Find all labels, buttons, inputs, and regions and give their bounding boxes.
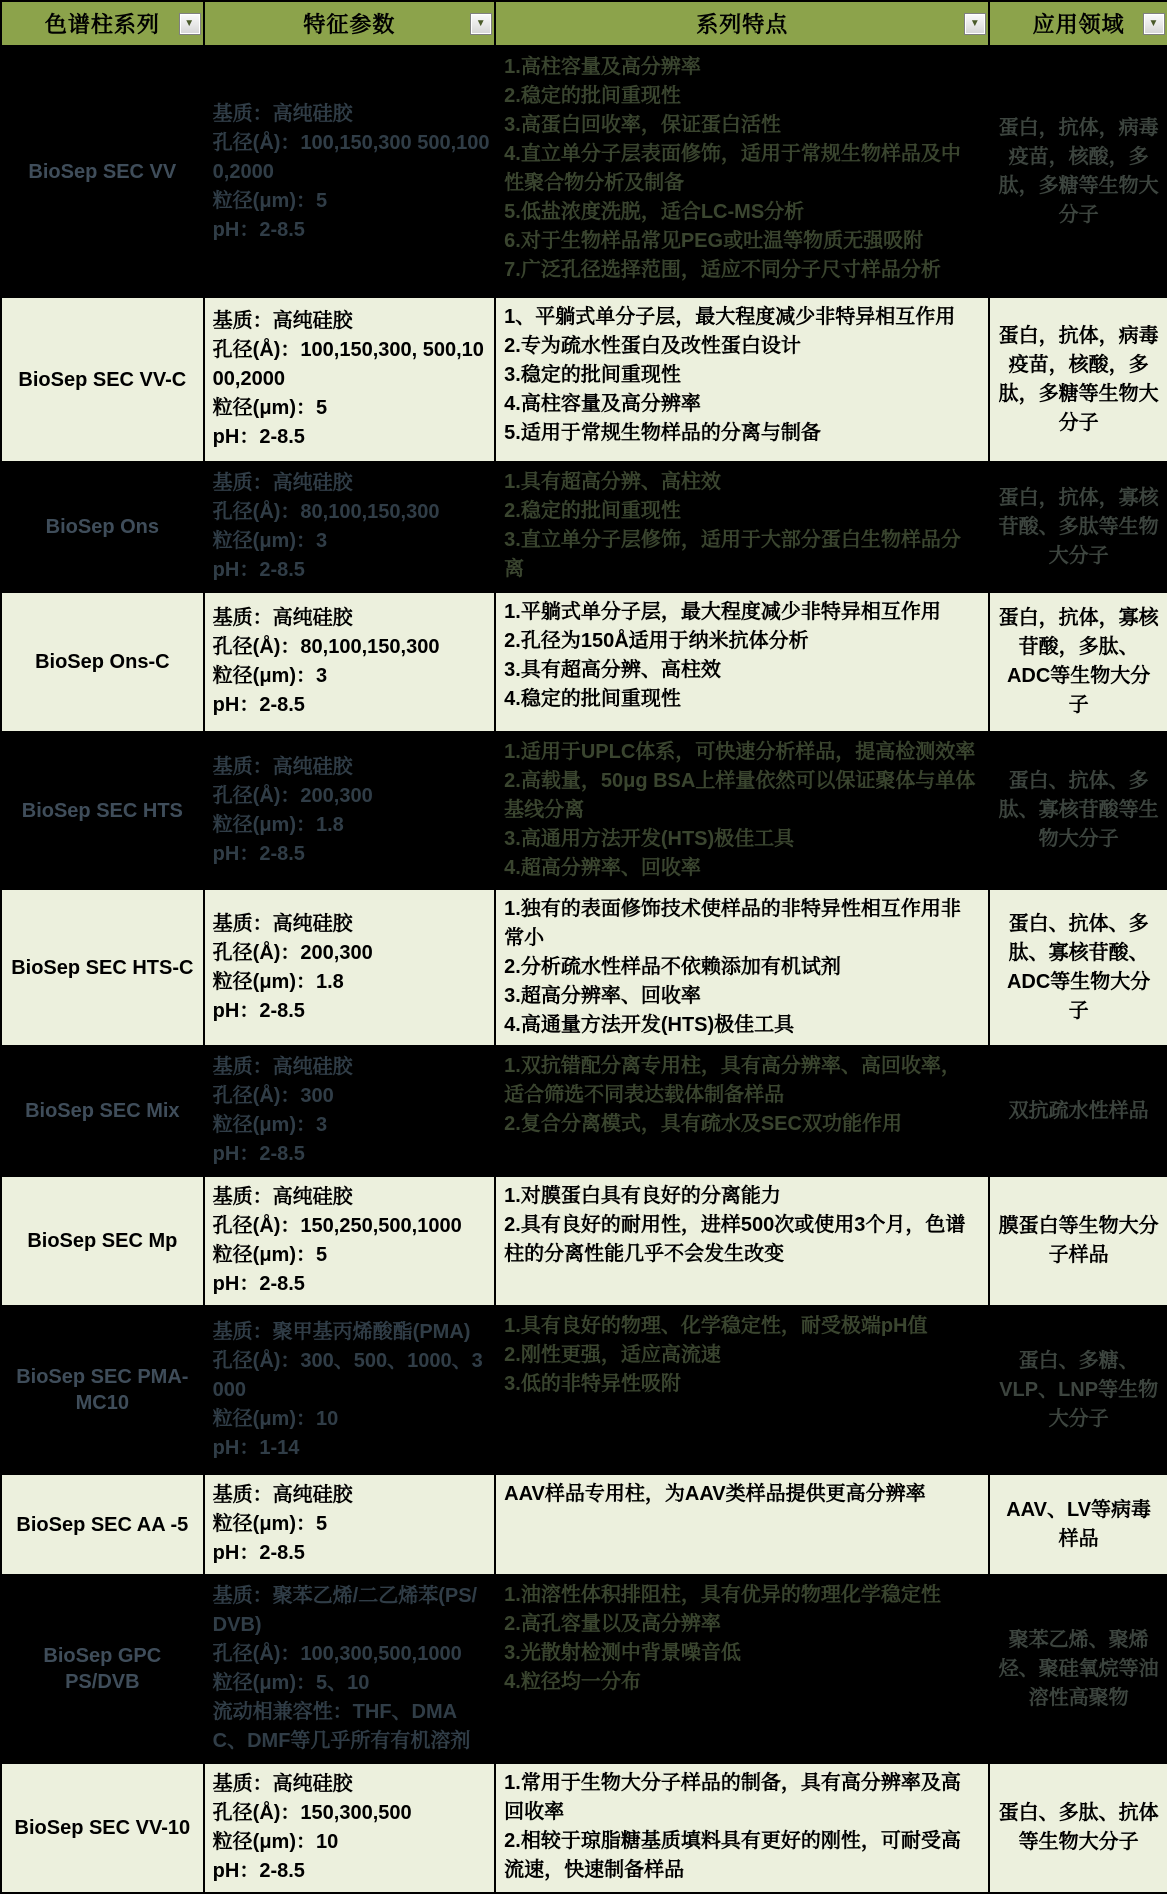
- features-cell[interactable]: 1.平躺式单分子层，最大程度减少非特异相互作用2.孔径为150Å适用于纳米抗体分…: [496, 593, 990, 731]
- applications-cell[interactable]: 蛋白、多肽、抗体等生物大分子: [990, 1764, 1167, 1892]
- applications-cell[interactable]: 聚苯乙烯、聚烯烃、聚硅氧烷等油溶性高聚物: [990, 1576, 1167, 1762]
- feature-line: 1.油溶性体积排阻柱，具有优异的物理化学稳定性: [504, 1581, 980, 1610]
- feature-line: 2.复合分离模式，具有疏水及SEC双功能作用: [504, 1110, 980, 1139]
- features-cell[interactable]: 1.高柱容量及高分辨率2.稳定的批间重现性3.高蛋白回收率，保证蛋白活性4.直立…: [496, 48, 990, 296]
- features-cell[interactable]: 1.对膜蛋白具有良好的分离能力2.具有良好的耐用性，进样500次或使用3个月，色…: [496, 1177, 990, 1305]
- feature-line: 2.孔径为150Å适用于纳米抗体分析: [504, 627, 980, 656]
- parameters-cell[interactable]: 基质：高纯硅胶孔径(Å)：300粒径(μm)：3pH：2-8.5: [205, 1047, 497, 1175]
- feature-line: 3.高蛋白回收率，保证蛋白活性: [504, 111, 980, 140]
- series-name: BioSep GPC PS/DVB: [8, 1643, 197, 1695]
- feature-line: 3.直立单分子层修饰，适用于大部分蛋白生物样品分离: [504, 526, 980, 584]
- feature-line: 3.低的非特异性吸附: [504, 1370, 980, 1399]
- feature-line: 4.直立单分子层表面修饰，适用于常规生物样品及中性聚合物分析及制备: [504, 140, 980, 198]
- parameter-line: 孔径(Å)：80,100,150,300: [213, 633, 491, 662]
- series-name: BioSep SEC VV-10: [15, 1815, 191, 1841]
- parameter-line: 基质：高纯硅胶: [213, 1183, 491, 1212]
- series-name: BioSep Ons: [46, 514, 159, 540]
- feature-line: 5.低盐浓度洗脱，适合LC-MS分析: [504, 198, 980, 227]
- feature-line: 6.对于生物样品常见PEG或吐温等物质无强吸附: [504, 227, 980, 256]
- feature-line: 3.稳定的批间重现性: [504, 361, 980, 390]
- feature-line: 1.高柱容量及高分辨率: [504, 53, 980, 82]
- parameters-cell[interactable]: 基质：高纯硅胶孔径(Å)：100,150,300, 500,1000,2000粒…: [205, 298, 497, 461]
- parameter-line: 粒径(μm)：5: [213, 394, 491, 423]
- parameter-line: pH：2-8.5: [213, 1140, 491, 1169]
- feature-line: 1、平躺式单分子层，最大程度减少非特异相互作用: [504, 303, 980, 332]
- parameter-line: 孔径(Å)：300、500、1000、3000: [213, 1347, 491, 1405]
- parameter-line: 粒径(μm)：1.8: [213, 968, 491, 997]
- series-name: BioSep SEC PMA-MC10: [8, 1364, 197, 1416]
- applications-cell[interactable]: 蛋白、抗体、多肽、寡核苷酸、ADC等生物大分子: [990, 890, 1167, 1045]
- feature-line: 1.适用于UPLC体系，可快速分析样品，提高检测效率: [504, 738, 980, 767]
- applications-cell[interactable]: 膜蛋白等生物大分子样品: [990, 1177, 1167, 1305]
- parameter-line: 粒径(μm)：5、10: [213, 1669, 491, 1698]
- features-cell[interactable]: AAV样品专用柱，为AAV类样品提供更高分辨率: [496, 1475, 990, 1574]
- table-body: BioSep SEC VV基质：高纯硅胶孔径(Å)：100,150,300 50…: [2, 48, 1167, 1894]
- parameter-line: 粒径(μm)：5: [213, 1510, 491, 1539]
- parameter-line: 基质：高纯硅胶: [213, 1770, 491, 1799]
- series-name-cell[interactable]: BioSep SEC Mix: [2, 1047, 205, 1175]
- parameter-line: pH：2-8.5: [213, 840, 491, 869]
- feature-line: 2.稳定的批间重现性: [504, 497, 980, 526]
- features-cell[interactable]: 1.具有良好的物理、化学稳定性，耐受极端pH值2.刚性更强，适应高流速3.低的非…: [496, 1307, 990, 1473]
- parameter-line: 流动相兼容性：THF、DMAC、DMF等几乎所有有机溶剂: [213, 1698, 491, 1756]
- feature-line: 1.双抗错配分离专用柱，具有高分辨率、高回收率，适合筛选不同表达载体制备样品: [504, 1052, 980, 1110]
- parameter-line: 基质：高纯硅胶: [213, 307, 491, 336]
- filter-dropdown-icon[interactable]: ▼: [179, 13, 201, 35]
- parameter-line: 基质：高纯硅胶: [213, 469, 491, 498]
- parameter-line: 基质：高纯硅胶: [213, 910, 491, 939]
- applications-text: 蛋白、多肽、抗体等生物大分子: [997, 1799, 1160, 1857]
- parameter-line: 粒径(μm)：10: [213, 1828, 491, 1857]
- parameter-line: 孔径(Å)：150,300,500: [213, 1799, 491, 1828]
- feature-line: 1.平躺式单分子层，最大程度减少非特异相互作用: [504, 598, 980, 627]
- series-name-cell[interactable]: BioSep Ons-C: [2, 593, 205, 731]
- series-name: BioSep SEC Mp: [27, 1228, 177, 1254]
- parameters-cell[interactable]: 基质：聚甲基丙烯酸酯(PMA)孔径(Å)：300、500、1000、3000粒径…: [205, 1307, 497, 1473]
- series-name-cell[interactable]: BioSep SEC Mp: [2, 1177, 205, 1305]
- filter-dropdown-icon[interactable]: ▼: [964, 13, 986, 35]
- feature-line: 2.专为疏水性蛋白及改性蛋白设计: [504, 332, 980, 361]
- feature-line: 3.具有超高分辨、高柱效: [504, 656, 980, 685]
- parameters-cell[interactable]: 基质：高纯硅胶孔径(Å)：100,150,300 500,1000,2000粒径…: [205, 48, 497, 296]
- column-header-features[interactable]: 系列特点 ▼: [496, 2, 990, 45]
- applications-cell[interactable]: AAV、LV等病毒样品: [990, 1475, 1167, 1574]
- applications-cell[interactable]: 蛋白，抗体，寡核苷酸，多肽、ADC等生物大分子: [990, 593, 1167, 731]
- applications-text: 双抗疏水性样品: [1009, 1097, 1149, 1126]
- applications-text: 聚苯乙烯、聚烯烃、聚硅氧烷等油溶性高聚物: [997, 1626, 1160, 1713]
- parameters-cell[interactable]: 基质：高纯硅胶孔径(Å)：200,300粒径(μm)：1.8pH：2-8.5: [205, 890, 497, 1045]
- feature-line: 2.分析疏水性样品不依赖添加有机试剂: [504, 953, 980, 982]
- features-cell[interactable]: 1.独有的表面修饰技术使样品的非特异性相互作用非常小2.分析疏水性样品不依赖添加…: [496, 890, 990, 1045]
- series-name-cell[interactable]: BioSep SEC VV-C: [2, 298, 205, 461]
- applications-text: 蛋白、多糖、VLP、LNP等生物大分子: [997, 1347, 1160, 1434]
- feature-line: 4.高柱容量及高分辨率: [504, 390, 980, 419]
- feature-line: 2.刚性更强，适应高流速: [504, 1341, 980, 1370]
- table-header-row: 色谱柱系列 ▼ 特征参数 ▼ 系列特点 ▼ 应用领域 ▼: [2, 2, 1167, 48]
- series-name-cell[interactable]: BioSep Ons: [2, 463, 205, 591]
- table-row: BioSep GPC PS/DVB基质：聚苯乙烯/二乙烯苯(PS/DVB)孔径(…: [2, 1576, 1167, 1764]
- parameter-line: 基质：高纯硅胶: [213, 604, 491, 633]
- feature-line: 3.超高分辨率、回收率: [504, 982, 980, 1011]
- feature-line: 2.稳定的批间重现性: [504, 82, 980, 111]
- spreadsheet-table: 色谱柱系列 ▼ 特征参数 ▼ 系列特点 ▼ 应用领域 ▼ BioSep SEC …: [0, 0, 1167, 1894]
- feature-line: 1.具有超高分辨、高柱效: [504, 468, 980, 497]
- parameters-cell[interactable]: 基质：高纯硅胶孔径(Å)：150,300,500粒径(μm)：10pH：2-8.…: [205, 1764, 497, 1892]
- feature-line: 1.独有的表面修饰技术使样品的非特异性相互作用非常小: [504, 895, 980, 953]
- parameter-line: pH：1-14: [213, 1434, 491, 1463]
- parameter-line: 基质：高纯硅胶: [213, 753, 491, 782]
- applications-text: 蛋白，抗体，病毒疫苗，核酸，多肽，多糖等生物大分子: [997, 322, 1160, 438]
- series-name: BioSep SEC VV-C: [18, 367, 186, 393]
- series-name-cell[interactable]: BioSep SEC AA -5: [2, 1475, 205, 1574]
- parameters-cell[interactable]: 基质：高纯硅胶孔径(Å)：80,100,150,300粒径(μm)：3pH：2-…: [205, 463, 497, 591]
- column-header-label: 特征参数: [303, 8, 395, 39]
- series-name-cell[interactable]: BioSep SEC HTS: [2, 733, 205, 888]
- series-name: BioSep Ons-C: [35, 649, 169, 675]
- parameter-line: pH：2-8.5: [213, 1539, 491, 1568]
- feature-line: 4.高通量方法开发(HTS)极佳工具: [504, 1011, 980, 1040]
- feature-line: 4.超高分辨率、回收率: [504, 854, 980, 883]
- table-row: BioSep SEC AA -5基质：高纯硅胶粒径(μm)：5pH：2-8.5A…: [2, 1475, 1167, 1576]
- filter-dropdown-icon[interactable]: ▼: [1143, 13, 1165, 35]
- feature-line: 2.相较于琼脂糖基质填料具有更好的刚性，可耐受高流速，快速制备样品: [504, 1827, 980, 1885]
- feature-line: 1.常用于生物大分子样品的制备，具有高分辨率及高回收率: [504, 1769, 980, 1827]
- parameter-line: pH：2-8.5: [213, 997, 491, 1026]
- table-row: BioSep SEC VV-C基质：高纯硅胶孔径(Å)：100,150,300,…: [2, 298, 1167, 463]
- parameter-line: pH：2-8.5: [213, 1857, 491, 1886]
- parameter-line: 孔径(Å)：300: [213, 1082, 491, 1111]
- series-name-cell[interactable]: BioSep GPC PS/DVB: [2, 1576, 205, 1762]
- parameter-line: 基质：聚甲基丙烯酸酯(PMA): [213, 1318, 491, 1347]
- table-row: BioSep SEC PMA-MC10基质：聚甲基丙烯酸酯(PMA)孔径(Å)：…: [2, 1307, 1167, 1475]
- parameter-line: 粒径(μm)：3: [213, 527, 491, 556]
- parameter-line: 基质：高纯硅胶: [213, 1481, 491, 1510]
- feature-line: 1.具有良好的物理、化学稳定性，耐受极端pH值: [504, 1312, 980, 1341]
- parameter-line: pH：2-8.5: [213, 556, 491, 585]
- parameter-line: pH：2-8.5: [213, 691, 491, 720]
- parameter-line: 孔径(Å)：200,300: [213, 939, 491, 968]
- applications-text: 膜蛋白等生物大分子样品: [997, 1212, 1160, 1270]
- parameters-cell[interactable]: 基质：高纯硅胶孔径(Å)：200,300粒径(μm)：1.8pH：2-8.5: [205, 733, 497, 888]
- feature-line: 7.广泛孔径选择范围，适应不同分子尺寸样品分析: [504, 256, 980, 285]
- series-name: BioSep SEC AA -5: [16, 1512, 188, 1538]
- series-name-cell[interactable]: BioSep SEC PMA-MC10: [2, 1307, 205, 1473]
- column-header-label: 系列特点: [696, 8, 788, 39]
- parameters-cell[interactable]: 基质：高纯硅胶粒径(μm)：5pH：2-8.5: [205, 1475, 497, 1574]
- applications-cell[interactable]: 蛋白，抗体，病毒疫苗，核酸，多肽，多糖等生物大分子: [990, 298, 1167, 461]
- parameter-line: 孔径(Å)：100,150,300 500,1000,2000: [213, 129, 491, 187]
- feature-line: 5.适用于常规生物样品的分离与制备: [504, 419, 980, 448]
- column-header-series[interactable]: 色谱柱系列 ▼: [2, 2, 205, 45]
- applications-cell[interactable]: 双抗疏水性样品: [990, 1047, 1167, 1175]
- feature-line: AAV样品专用柱，为AAV类样品提供更高分辨率: [504, 1480, 980, 1509]
- table-row: BioSep SEC HTS基质：高纯硅胶孔径(Å)：200,300粒径(μm)…: [2, 733, 1167, 890]
- series-name: BioSep SEC Mix: [25, 1098, 179, 1124]
- features-cell[interactable]: 1、平躺式单分子层，最大程度减少非特异相互作用2.专为疏水性蛋白及改性蛋白设计3…: [496, 298, 990, 461]
- features-cell[interactable]: 1.具有超高分辨、高柱效2.稳定的批间重现性3.直立单分子层修饰，适用于大部分蛋…: [496, 463, 990, 591]
- parameter-line: pH：2-8.5: [213, 216, 491, 245]
- feature-line: 4.粒径均一分布: [504, 1668, 980, 1697]
- parameter-line: 粒径(μm)：3: [213, 662, 491, 691]
- parameter-line: 粒径(μm)：10: [213, 1405, 491, 1434]
- applications-cell[interactable]: 蛋白、抗体、多肽、寡核苷酸等生物大分子: [990, 733, 1167, 888]
- applications-text: 蛋白，抗体，寡核苷酸，多肽、ADC等生物大分子: [997, 604, 1160, 720]
- parameter-line: 孔径(Å)：200,300: [213, 782, 491, 811]
- applications-text: 蛋白、抗体、多肽、寡核苷酸、ADC等生物大分子: [997, 910, 1160, 1026]
- applications-text: 蛋白，抗体，病毒疫苗，核酸，多肽，多糖等生物大分子: [997, 114, 1160, 230]
- applications-cell[interactable]: 蛋白，抗体，病毒疫苗，核酸，多肽，多糖等生物大分子: [990, 48, 1167, 296]
- applications-text: AAV、LV等病毒样品: [997, 1496, 1160, 1554]
- feature-line: 2.高载量，50μg BSA上样量依然可以保证聚体与单体基线分离: [504, 767, 980, 825]
- filter-dropdown-icon[interactable]: ▼: [470, 13, 492, 35]
- parameter-line: 基质：高纯硅胶: [213, 100, 491, 129]
- parameters-cell[interactable]: 基质：高纯硅胶孔径(Å)：80,100,150,300粒径(μm)：3pH：2-…: [205, 593, 497, 731]
- table-row: BioSep Ons基质：高纯硅胶孔径(Å)：80,100,150,300粒径(…: [2, 463, 1167, 593]
- table-row: BioSep SEC VV基质：高纯硅胶孔径(Å)：100,150,300 50…: [2, 48, 1167, 298]
- applications-text: 蛋白，抗体，寡核苷酸、多肽等生物大分子: [997, 484, 1160, 571]
- features-cell[interactable]: 1.双抗错配分离专用柱，具有高分辨率、高回收率，适合筛选不同表达载体制备样品2.…: [496, 1047, 990, 1175]
- column-header-label: 应用领域: [1033, 8, 1125, 39]
- parameter-line: 粒径(μm)：1.8: [213, 811, 491, 840]
- column-header-label: 色谱柱系列: [45, 8, 160, 39]
- parameter-line: pH：2-8.5: [213, 1270, 491, 1299]
- table-row: BioSep SEC Mix基质：高纯硅胶孔径(Å)：300粒径(μm)：3pH…: [2, 1047, 1167, 1177]
- parameter-line: 孔径(Å)：80,100,150,300: [213, 498, 491, 527]
- applications-cell[interactable]: 蛋白、多糖、VLP、LNP等生物大分子: [990, 1307, 1167, 1473]
- series-name: BioSep SEC VV: [28, 159, 176, 185]
- feature-line: 2.具有良好的耐用性，进样500次或使用3个月，色谱柱的分离性能几乎不会发生改变: [504, 1211, 980, 1269]
- parameter-line: 基质：高纯硅胶: [213, 1053, 491, 1082]
- parameter-line: 粒径(μm)：5: [213, 1241, 491, 1270]
- parameter-line: 粒径(μm)：3: [213, 1111, 491, 1140]
- parameter-line: 基质：聚苯乙烯/二乙烯苯(PS/DVB): [213, 1582, 491, 1640]
- table-row: BioSep SEC Mp基质：高纯硅胶孔径(Å)：150,250,500,10…: [2, 1177, 1167, 1307]
- features-cell[interactable]: 1.油溶性体积排阻柱，具有优异的物理化学稳定性2.高孔容量以及高分辨率3.光散射…: [496, 1576, 990, 1762]
- features-cell[interactable]: 1.常用于生物大分子样品的制备，具有高分辨率及高回收率2.相较于琼脂糖基质填料具…: [496, 1764, 990, 1892]
- column-header-params[interactable]: 特征参数 ▼: [205, 2, 497, 45]
- parameter-line: 孔径(Å)：150,250,500,1000: [213, 1212, 491, 1241]
- parameter-line: pH：2-8.5: [213, 423, 491, 452]
- column-header-applications[interactable]: 应用领域 ▼: [990, 2, 1167, 45]
- table-row: BioSep SEC HTS-C基质：高纯硅胶孔径(Å)：200,300粒径(μ…: [2, 890, 1167, 1047]
- feature-line: 4.稳定的批间重现性: [504, 685, 980, 714]
- feature-line: 3.光散射检测中背景噪音低: [504, 1639, 980, 1668]
- parameters-cell[interactable]: 基质：聚苯乙烯/二乙烯苯(PS/DVB)孔径(Å)：100,300,500,10…: [205, 1576, 497, 1762]
- series-name-cell[interactable]: BioSep SEC VV: [2, 48, 205, 296]
- series-name-cell[interactable]: BioSep SEC HTS-C: [2, 890, 205, 1045]
- parameter-line: 粒径(μm)：5: [213, 187, 491, 216]
- series-name: BioSep SEC HTS: [22, 798, 183, 824]
- feature-line: 3.高通用方法开发(HTS)极佳工具: [504, 825, 980, 854]
- series-name: BioSep SEC HTS-C: [11, 955, 193, 981]
- table-row: BioSep Ons-C基质：高纯硅胶孔径(Å)：80,100,150,300粒…: [2, 593, 1167, 733]
- parameter-line: 孔径(Å)：100,300,500,1000: [213, 1640, 491, 1669]
- parameters-cell[interactable]: 基质：高纯硅胶孔径(Å)：150,250,500,1000粒径(μm)：5pH：…: [205, 1177, 497, 1305]
- features-cell[interactable]: 1.适用于UPLC体系，可快速分析样品，提高检测效率2.高载量，50μg BSA…: [496, 733, 990, 888]
- series-name-cell[interactable]: BioSep SEC VV-10: [2, 1764, 205, 1892]
- feature-line: 2.高孔容量以及高分辨率: [504, 1610, 980, 1639]
- parameter-line: 孔径(Å)：100,150,300, 500,1000,2000: [213, 336, 491, 394]
- applications-text: 蛋白、抗体、多肽、寡核苷酸等生物大分子: [997, 767, 1160, 854]
- feature-line: 1.对膜蛋白具有良好的分离能力: [504, 1182, 980, 1211]
- applications-cell[interactable]: 蛋白，抗体，寡核苷酸、多肽等生物大分子: [990, 463, 1167, 591]
- table-row: BioSep SEC VV-10基质：高纯硅胶孔径(Å)：150,300,500…: [2, 1764, 1167, 1894]
